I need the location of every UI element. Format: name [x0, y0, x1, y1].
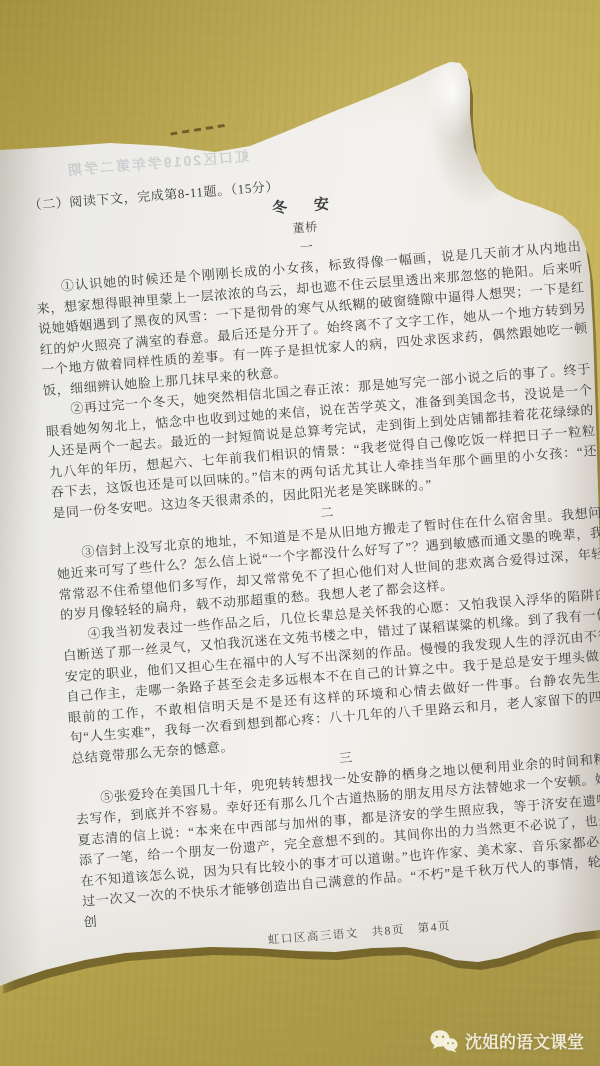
watermark: 沈姐的语文课堂 — [430, 1028, 584, 1053]
wechat-icon — [430, 1029, 458, 1053]
watermark-label: 沈姐的语文课堂 — [465, 1028, 584, 1053]
ghost-bleed-text: 虹口区2019学年第二学期 — [65, 146, 249, 180]
exam-content: （二）阅读下文，完成第8-11题。（15分） 冬 安 董桥 一 ①认识她的时候还… — [0, 152, 600, 968]
